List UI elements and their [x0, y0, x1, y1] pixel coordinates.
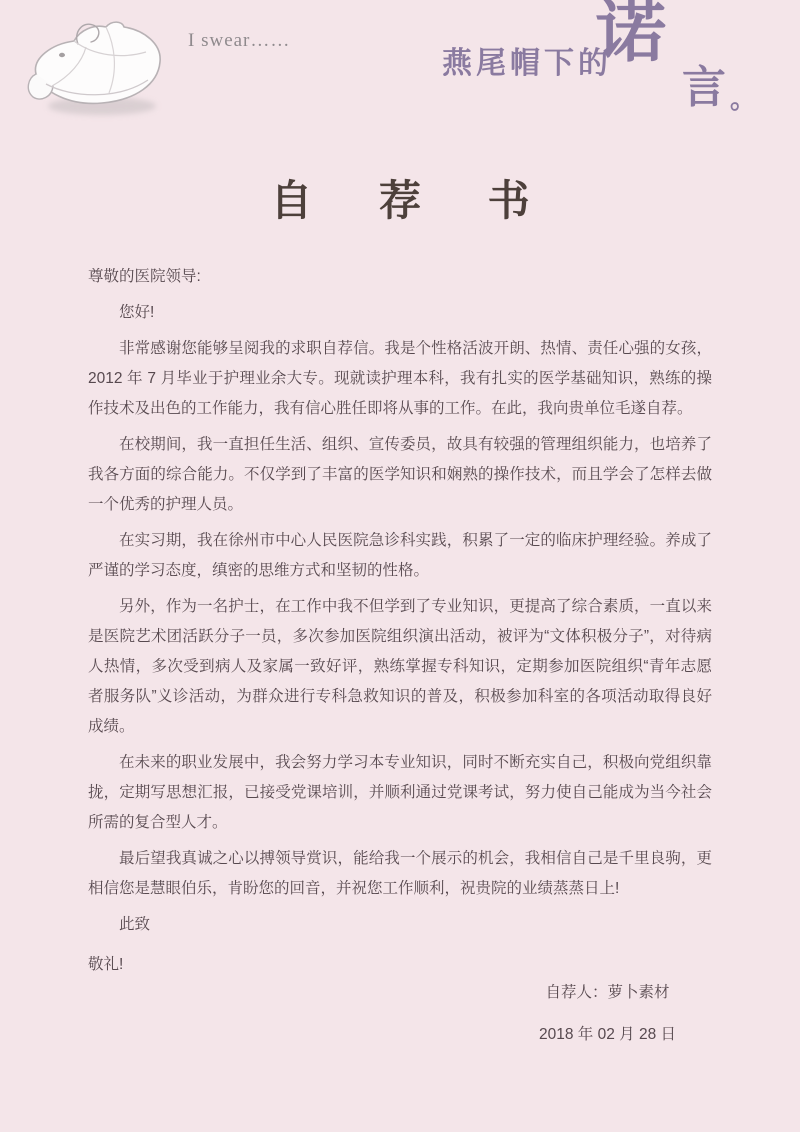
letter-body: 尊敬的医院领导: 您好! 非常感谢您能够呈阅我的求职自荐信。我是个性格活波开朗、…: [0, 262, 800, 986]
salutation: 尊敬的医院领导:: [88, 262, 712, 292]
paragraph-3: 在实习期，我在徐州市中心人民医院急诊科实践，积累了一定的临床护理经验。养成了严谨…: [88, 526, 712, 586]
logo-big-char: 诺: [596, 0, 666, 66]
logo-second-char: 言: [682, 66, 726, 110]
closing-jingli: 敬礼!: [88, 950, 712, 980]
brand-logotype: 燕尾帽下的 诺 言 。: [440, 8, 770, 138]
paragraph-1: 非常感谢您能够呈阅我的求职自荐信。我是个性格活波开朗、热情、责任心强的女孩，20…: [88, 334, 712, 424]
greeting: 您好!: [88, 298, 712, 328]
paragraph-4: 另外，作为一名护士，在工作中我不但学到了专业知识，更提高了综合素质，一直以来是医…: [88, 592, 712, 742]
logo-prefix-text: 燕尾帽下的: [442, 38, 612, 82]
logo-period-mark: 。: [730, 86, 756, 112]
letter-header: I swear…… 燕尾帽下的 诺 言 。: [0, 0, 800, 150]
signature-date: 2018 年 02 月 28 日: [539, 1024, 676, 1046]
nurse-cap-icon: [22, 14, 174, 122]
paragraph-6: 最后望我真诚之心以搏领导赏识，能给我一个展示的机会，我相信自己是千里良驹，更相信…: [88, 844, 712, 904]
paragraph-2: 在校期间，我一直担任生活、组织、宣传委员，故具有较强的管理组织能力，也培养了我各…: [88, 430, 712, 520]
closing-cizhi: 此致: [88, 910, 712, 940]
signer-name: 自荐人：萝卜素材: [539, 982, 676, 1004]
swear-caption: I swear……: [188, 30, 290, 52]
letter-page: I swear…… 燕尾帽下的 诺 言 。 自 荐 书 尊敬的医院领导: 您好!…: [0, 0, 800, 1132]
page-title: 自 荐 书: [0, 168, 800, 228]
paragraph-5: 在未来的职业发展中，我会努力学习本专业知识，同时不断充实自己，积极向党组织靠拢，…: [88, 748, 712, 838]
signature-block: 自荐人：萝卜素材 2018 年 02 月 28 日: [539, 982, 676, 1046]
